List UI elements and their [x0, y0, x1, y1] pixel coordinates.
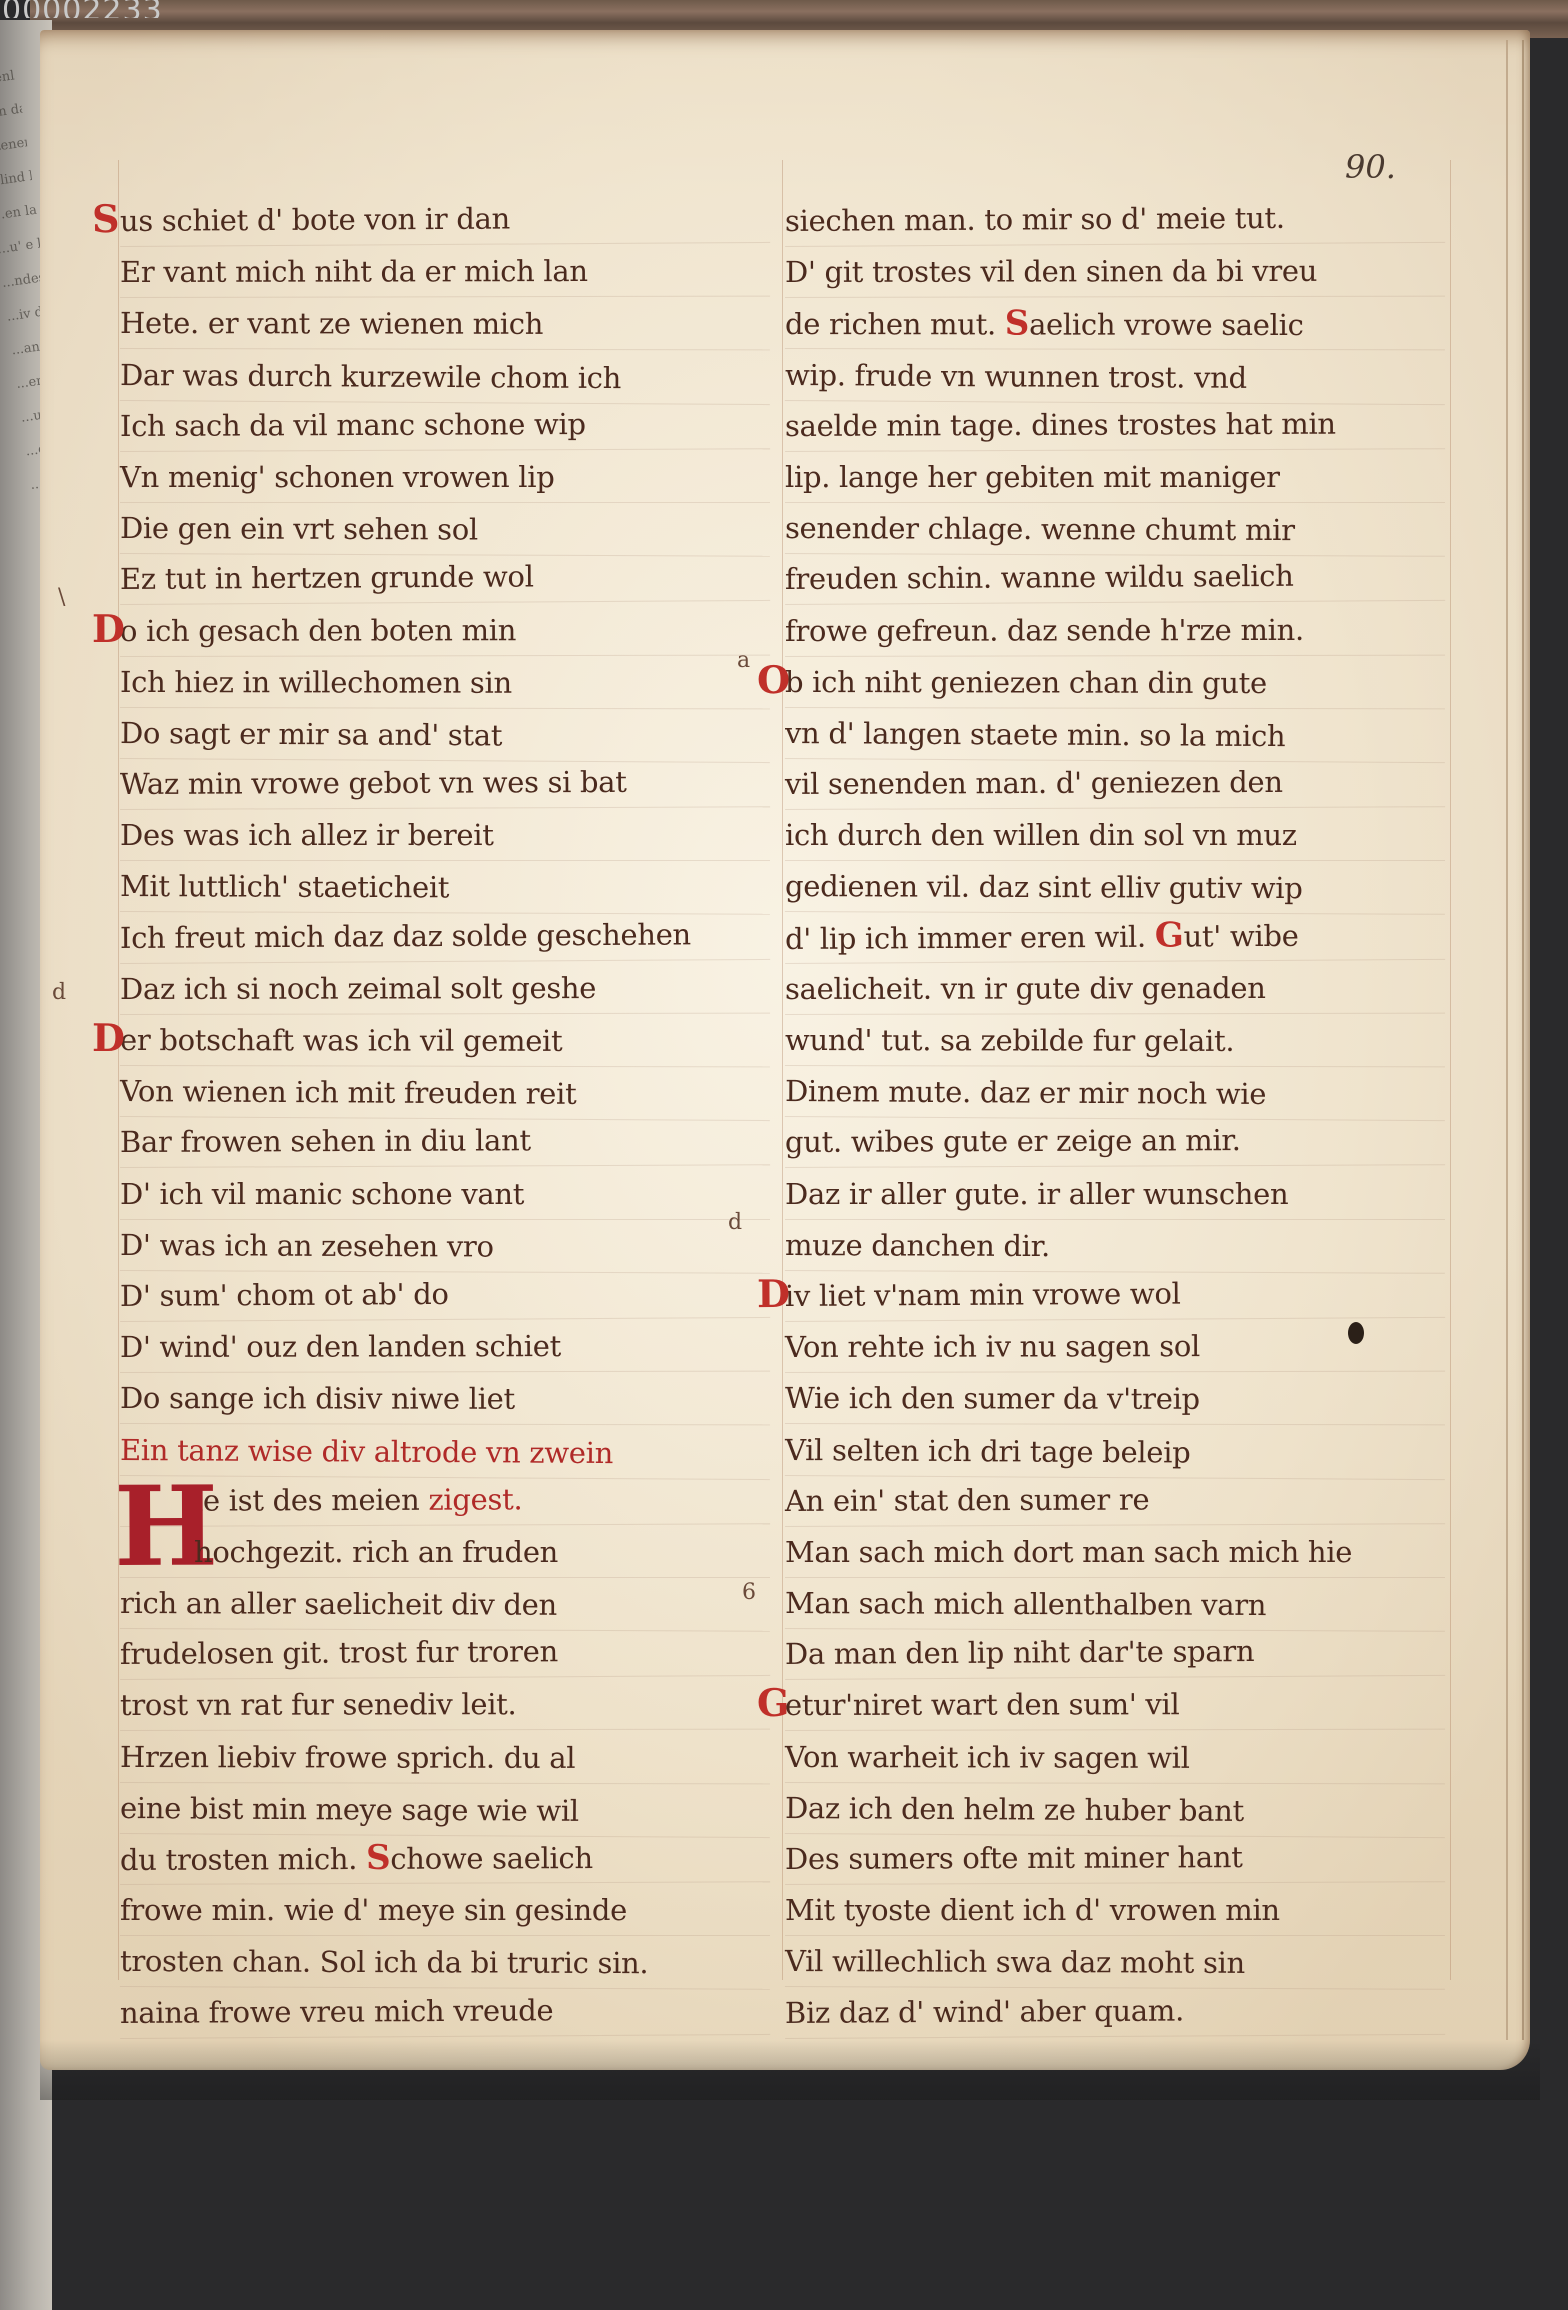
verse-line: frowe gefreun. daz sende h'rze min. — [785, 604, 1445, 657]
verse-line: Mit tyoste dient ich d' vrowen min — [785, 1885, 1445, 1936]
verse-line: eine bist min meye sage wie wil — [120, 1783, 770, 1838]
verse-line: Daz ir aller gute. ir aller wunschen — [785, 1169, 1445, 1220]
verse-text: D' ich vil manic schone vant — [120, 1177, 524, 1211]
verse-line: Man sach mich allenthalben varn — [785, 1578, 1445, 1632]
verse-text: Do sange ich disiv niwe liet — [120, 1381, 515, 1416]
verse-text: wip. frude vn wunnen trost. vnd — [785, 358, 1247, 395]
verse-line: senender chlage. wenne chumt mir — [785, 503, 1445, 557]
verse-text: chowe saelich — [390, 1841, 593, 1876]
verse-text: Waz min vrowe gebot vn wes si bat — [120, 765, 627, 801]
verse-text: rich an aller saelicheit div den — [120, 1586, 557, 1622]
verse-line: Dar was durch kurzewile chom ich — [120, 350, 770, 405]
verse-text: frowe min. wie d' meye sin gesinde — [120, 1893, 627, 1927]
verse-line: hochgezit. rich an fruden — [120, 1527, 770, 1578]
verse-text: de richen mut. — [785, 307, 1005, 341]
rubricated-initial: D — [92, 1013, 125, 1063]
verse-text: er botschaft was ich vil gemeit — [120, 1023, 562, 1058]
verse-text: siechen man. to mir so d' meie tut. — [785, 201, 1285, 238]
verse-text: b ich niht geniezen chan din gute — [785, 665, 1267, 700]
verse-text: eine bist min meye sage wie wil — [120, 1791, 579, 1828]
rubricated-initial: S — [1005, 304, 1029, 344]
verse-line: Sus schiet d' bote von ir dan — [120, 192, 770, 247]
verse-line: Vil willechlich swa daz moht sin — [785, 1936, 1445, 1990]
verse-text: Daz ich den helm ze huber bant — [785, 1791, 1244, 1828]
verse-text: o ich gesach den boten min — [120, 613, 516, 648]
verse-line: vil senenden man. d' geniezen den — [785, 756, 1445, 810]
verse-text: Mit tyoste dient ich d' vrowen min — [785, 1893, 1280, 1927]
verse-text: ich durch den willen din sol vn muz — [785, 818, 1297, 852]
verse-text: An ein' stat den sumer re — [785, 1482, 1149, 1518]
rubricated-initial: D — [757, 1269, 790, 1319]
verse-line: Die gen ein vrt sehen sol — [120, 503, 770, 557]
verse-line: Der botschaft was ich vil gemeit — [120, 1015, 770, 1068]
verse-text: Wie ich den sumer da v'treip — [785, 1381, 1200, 1416]
margin-mark: \ — [58, 585, 65, 610]
verse-text: Man sach mich dort man sach mich hie — [785, 1535, 1352, 1569]
verse-line: trosten chan. Sol ich da bi truric sin. — [120, 1936, 770, 1990]
verse-text: aelich vrowe saelic — [1029, 308, 1304, 343]
rubricated-initial: S — [92, 194, 119, 244]
verse-text: ie ist des meien — [194, 1482, 429, 1517]
rubricated-initial: O — [757, 655, 790, 705]
verse-text: Biz daz d' wind' aber quam. — [785, 1993, 1184, 2030]
verse-line: wund' tut. sa zebilde fur gelait. — [785, 1015, 1445, 1068]
verse-line: Von rehte ich iv nu sagen sol — [785, 1321, 1445, 1374]
verse-line: Er vant mich niht da er mich lan — [120, 246, 770, 299]
verse-text: vil senenden man. d' geniezen den — [785, 765, 1283, 801]
margin-mark: 6 — [742, 1580, 756, 1605]
scan-id: 00002233 — [0, 0, 163, 18]
verse-text: Daz ir aller gute. ir aller wunschen — [785, 1177, 1288, 1211]
verse-text: trosten chan. Sol ich da bi truric sin. — [120, 1944, 649, 1980]
verse-text: vn d' langen staete min. so la mich — [785, 716, 1286, 753]
verse-line: Do sagt er mir sa and' stat — [120, 708, 770, 763]
verse-text: Ich sach da vil manc schone wip — [120, 407, 586, 443]
verse-line: D' was ich an zesehen vro — [120, 1220, 770, 1274]
verse-line: Ez tut in hertzen grunde wol — [120, 550, 770, 605]
verse-text: Des was ich allez ir bereit — [120, 818, 494, 852]
verse-line: Do sange ich disiv niwe liet — [120, 1373, 770, 1426]
verse-text: saelicheit. vn ir gute div genaden — [785, 971, 1266, 1006]
rubricated-initial: G — [757, 1678, 789, 1728]
verse-line: Ich hiez in willechomen sin — [120, 657, 770, 710]
verse-line: gut. wibes gute er zeige an mir. — [785, 1115, 1445, 1169]
verse-line: muze danchen dir. — [785, 1220, 1445, 1274]
verse-line: Hrzen liebiv frowe sprich. du al — [120, 1732, 770, 1785]
folio-number: 90. — [1345, 148, 1396, 186]
margin-mark: d — [52, 980, 66, 1005]
verse-text: D' git trostes vil den sinen da bi vreu — [785, 254, 1317, 289]
rubric-word: zigest. — [428, 1482, 522, 1516]
verse-line: Biz daz d' wind' aber quam. — [785, 1983, 1445, 2038]
verse-text: Er vant mich niht da er mich lan — [120, 254, 588, 289]
verse-text: Bar frowen sehen in diu lant — [120, 1124, 531, 1160]
verse-text: iv liet v'nam min vrowe wol — [785, 1276, 1181, 1312]
verse-text: Hrzen liebiv frowe sprich. du al — [120, 1740, 575, 1775]
verse-text: Von rehte ich iv nu sagen sol — [785, 1329, 1200, 1364]
verse-text: Man sach mich allenthalben varn — [785, 1586, 1266, 1622]
verse-line: saelde min tage. dines trostes hat min — [785, 398, 1445, 452]
verse-line: Ich freut mich daz daz solde geschehen — [120, 909, 770, 964]
ruling-line — [118, 160, 119, 1980]
ruling-line — [1450, 160, 1451, 1980]
verse-text: d' lip ich immer eren wil. — [785, 919, 1155, 955]
verse-line: D' git trostes vil den sinen da bi vreu — [785, 246, 1445, 299]
page-bottom-shadow — [40, 2040, 1540, 2100]
text-column-left: Sus schiet d' bote von ir danEr vant mic… — [120, 196, 770, 2039]
verse-line: Div liet v'nam min vrowe wol — [785, 1267, 1445, 1322]
verse-text: Daz ich si noch zeimal solt geshe — [120, 971, 596, 1006]
verse-line: Daz ich si noch zeimal solt geshe — [120, 962, 770, 1015]
verse-line: rich an aller saelicheit div den — [120, 1578, 770, 1632]
verse-line: Ob ich niht geniezen chan din gute — [785, 657, 1445, 710]
verse-line: frudelosen git. trost fur troren — [120, 1625, 770, 1680]
verse-line: Mit luttlich' staeticheit — [120, 861, 770, 915]
verse-line: vn d' langen staete min. so la mich — [785, 708, 1445, 763]
verse-line: Vil selten ich dri tage beleip — [785, 1425, 1445, 1480]
verse-line: Dinem mute. daz er mir noch wie — [785, 1066, 1445, 1121]
verse-line: Wie ich den sumer da v'treip — [785, 1373, 1445, 1426]
verse-line: du trosten mich. Schowe saelich — [120, 1831, 770, 1885]
verse-text: Do sagt er mir sa and' stat — [120, 716, 502, 752]
verse-line: Von wienen ich mit freuden reit — [120, 1066, 770, 1121]
verse-line: Des sumers ofte mit miner hant — [785, 1831, 1445, 1885]
verse-text: frudelosen git. trost fur troren — [120, 1634, 558, 1671]
verse-text: Ich freut mich daz daz solde geschehen — [120, 917, 691, 955]
margin-mark: d — [728, 1210, 742, 1235]
verse-line: D' sum' chom ot ab' do — [120, 1267, 770, 1322]
verse-text: du trosten mich. — [120, 1842, 366, 1877]
verse-text: Ich hiez in willechomen sin — [120, 665, 512, 700]
verse-text: Vil willechlich swa daz moht sin — [785, 1944, 1245, 1980]
verse-line: Hete. er vant ze wienen mich — [120, 298, 770, 351]
verse-text: ut' wibe — [1183, 918, 1298, 953]
verse-line: ich durch den willen din sol vn muz — [785, 810, 1445, 861]
verse-text: hochgezit. rich an fruden — [194, 1535, 558, 1569]
verse-line: trost vn rat fur senediv leit. — [120, 1679, 770, 1732]
verse-text: Da man den lip niht dar'te sparn — [785, 1634, 1255, 1671]
verse-line: lip. lange her gebiten mit maniger — [785, 452, 1445, 503]
verse-line: frowe min. wie d' meye sin gesinde — [120, 1885, 770, 1936]
verse-text: muze danchen dir. — [785, 1228, 1050, 1263]
verse-text: Mit luttlich' staeticheit — [120, 869, 449, 904]
verse-line: naina frowe vreu mich vreude — [120, 1983, 770, 2038]
verse-text: D' sum' chom ot ab' do — [120, 1277, 449, 1313]
verse-line: Ich sach da vil manc schone wip — [120, 398, 770, 452]
verse-text: wund' tut. sa zebilde fur gelait. — [785, 1023, 1234, 1058]
verse-text: Von warheit ich iv sagen wil — [785, 1740, 1190, 1775]
verse-line: D' ich vil manic schone vant — [120, 1169, 770, 1220]
rubricated-initial: S — [366, 1838, 390, 1878]
verse-text: D' was ich an zesehen vro — [120, 1228, 494, 1264]
verse-text: Dar was durch kurzewile chom ich — [120, 358, 621, 395]
verse-text: Von wienen ich mit freuden reit — [120, 1074, 577, 1111]
margin-mark: a — [737, 648, 750, 673]
text-column-right: siechen man. to mir so d' meie tut.D' gi… — [785, 196, 1445, 2039]
verse-text: trost vn rat fur senediv leit. — [120, 1688, 517, 1723]
verse-text: saelde min tage. dines trostes hat min — [785, 406, 1336, 442]
verse-line: D' wind' ouz den landen schiet — [120, 1321, 770, 1374]
verse-line: Des was ich allez ir bereit — [120, 810, 770, 861]
verse-line: freuden schin. wanne wildu saelich — [785, 550, 1445, 605]
verse-text: gut. wibes gute er zeige an mir. — [785, 1123, 1241, 1159]
ink-blot — [1348, 1322, 1364, 1344]
verse-text: Die gen ein vrt sehen sol — [120, 511, 478, 546]
verse-line: Von warheit ich iv sagen wil — [785, 1732, 1445, 1785]
verse-text: senender chlage. wenne chumt mir — [785, 511, 1295, 547]
verse-text: Vn menig' schonen vrowen lip — [120, 460, 555, 494]
verse-line: de richen mut. Saelich vrowe saelic — [785, 298, 1445, 351]
rubricated-initial: D — [92, 603, 125, 653]
verse-text: gedienen vil. daz sint elliv gutiv wip — [785, 869, 1303, 905]
verse-line: gedienen vil. daz sint elliv gutiv wip — [785, 861, 1445, 915]
verse-line: siechen man. to mir so d' meie tut. — [785, 192, 1445, 247]
verse-line: Daz ich den helm ze huber bant — [785, 1783, 1445, 1838]
verse-text: frowe gefreun. daz sende h'rze min. — [785, 612, 1304, 647]
verse-text: Vil selten ich dri tage beleip — [785, 1433, 1191, 1470]
verse-text: D' wind' ouz den landen schiet — [120, 1329, 561, 1364]
verse-line: Man sach mich dort man sach mich hie — [785, 1527, 1445, 1578]
verse-text: Dinem mute. daz er mir noch wie — [785, 1074, 1266, 1111]
verse-text: Ez tut in hertzen grunde wol — [120, 560, 534, 597]
verse-line: Bar frowen sehen in diu lant — [120, 1115, 770, 1169]
verse-text: Hete. er vant ze wienen mich — [120, 306, 543, 341]
verse-line: Hie ist des meien zigest. — [120, 1473, 770, 1527]
verse-line: d' lip ich immer eren wil. Gut' wibe — [785, 908, 1445, 963]
verse-line: An ein' stat den sumer re — [785, 1473, 1445, 1527]
verse-line: Vn menig' schonen vrowen lip — [120, 452, 770, 503]
verse-line: Waz min vrowe gebot vn wes si bat — [120, 756, 770, 810]
verse-text: lip. lange her gebiten mit maniger — [785, 460, 1280, 494]
verse-text: us schiet d' bote von ir dan — [120, 202, 510, 238]
verse-text: etur'niret wart den sum' vil — [785, 1688, 1180, 1723]
verse-line: Do ich gesach den boten min — [120, 604, 770, 657]
verse-line: Da man den lip niht dar'te sparn — [785, 1625, 1445, 1680]
rubricated-initial: G — [1155, 915, 1184, 955]
verse-line: saelicheit. vn ir gute div genaden — [785, 962, 1445, 1015]
verse-text: naina frowe vreu mich vreude — [120, 1993, 554, 2030]
verse-text: Des sumers ofte mit miner hant — [785, 1840, 1243, 1876]
verse-line: wip. frude vn wunnen trost. vnd — [785, 350, 1445, 405]
verse-text: freuden schin. wanne wildu saelich — [785, 559, 1294, 596]
verse-line: Getur'niret wart den sum' vil — [785, 1679, 1445, 1732]
